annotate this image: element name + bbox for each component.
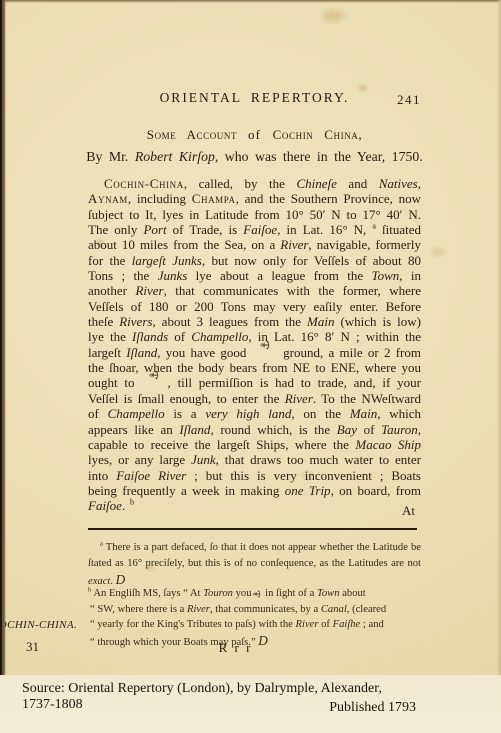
footnote-line: “ SW, where there is a River, that commu… [88,602,433,618]
text-run: Faiſoe [243,222,277,237]
text-run: River [285,391,313,406]
catchword: At [402,503,415,519]
footnote-line: b An Engliſh MS, ſays “ At Touron you ⚓ … [88,586,433,602]
text-run: Rivers [119,314,152,329]
text-run: River [296,619,319,630]
footnote-line: “ yearly for the King's Tributes to paſs… [88,617,433,633]
text-run: of [168,329,191,344]
text-run: , you have good [157,345,251,360]
book-binding-edge [0,0,6,733]
body-paragraph: Cochin-China, called, by the Chineſe and… [88,176,421,514]
text-run: , on board, from [331,483,421,498]
text-run: very high land [205,406,291,421]
text-run: , on the [291,406,349,421]
margin-gathering-number: 31 [26,639,39,655]
footnote-divider-rule [88,528,417,530]
text-run: lye about a league from the [187,268,371,283]
text-run: Town [372,268,400,283]
text-run: Main [307,314,334,329]
text-run: of Trade, is [167,222,244,237]
text-run: There is a part defaced, ſo that it does… [88,542,421,569]
text-run: , (cleared [347,604,386,615]
text-run: , [418,176,421,191]
text-run: about [340,588,366,599]
text-run: Champa [192,191,236,206]
text-run: “ SW, where there is a [90,604,187,615]
text-run: Some Account [147,127,248,142]
text-run: Main [350,406,377,421]
text-run: , including [128,191,192,206]
text-run: you [233,588,254,599]
text-run: Junks [158,268,188,283]
margin-note: COCHIN-CHINA. [0,619,77,631]
text-run: An Engliſh MS, ſays “ At [91,588,203,599]
text-run: of [248,127,273,142]
text-run: “ yearly for the King's Tributes to paſs… [90,619,296,630]
text-run: Bay [337,422,357,437]
text-run: b [130,498,134,507]
text-run: of [318,619,332,630]
page-number: 241 [397,92,421,108]
running-header-title: ORIENTAL REPERTORY. [88,90,421,106]
text-run: , about 3 leagues from the [152,314,307,329]
article-heading-line-2: By Mr. Robert Kirſop, who was there in t… [76,149,433,165]
text-run: largeſt Junks [132,253,202,268]
text-run: Robert Kirſop [135,149,215,164]
page-top-edge [0,0,501,3]
text-run: Champello [108,406,165,421]
text-run: one Trip [285,483,331,498]
text-run: Touron [203,588,233,599]
text-run: Iſlands [132,329,168,344]
printer-signature: R r r [88,640,383,656]
text-run: River [135,283,163,298]
text-run: , called, by the [184,176,297,191]
text-run: , who was there in the Year, 1750. [215,149,423,164]
text-run: Cochin-China [104,176,184,191]
scanned-page: ORIENTAL REPERTORY. 241 Some Account of … [0,0,501,733]
text-run: and [337,176,379,191]
text-run: lyes, or any large [88,452,191,467]
text-run: Faiſoe River [116,468,186,483]
text-run: exact [88,576,110,587]
text-run: Faiſoe [88,498,122,513]
text-run: Canal [321,604,347,615]
text-run: Cochin China, [273,127,363,142]
text-run: Iſland [179,422,210,437]
text-run: Junk [191,452,216,467]
text-run: Port [143,222,166,237]
text-run: of [357,422,381,437]
text-run: Macao Ship [355,437,421,452]
text-run: River [280,237,308,252]
source-caption: Source: Oriental Repertory (London), by … [0,675,501,733]
text-run: River [187,604,210,615]
text-run: Chineſe [296,176,336,191]
text-run: Aynam [88,191,128,206]
text-run: Iſland [126,345,157,360]
text-run: . [122,498,130,513]
editor-mark: D [116,572,125,587]
text-run: Tauron [381,422,418,437]
footnote-a: a There is a part defaced, ſo that it do… [88,540,421,589]
text-run: ; and [360,619,384,630]
caption-published-line: Published 1793 [22,700,416,716]
text-run: is a [165,406,206,421]
text-run: By Mr. [86,149,135,164]
text-run: Natives [379,176,418,191]
text-run: , in Lat. 16° N, [277,222,372,237]
article-heading-line-1: Some Account of Cochin China, [88,127,421,143]
text-run: in ſight of a [263,588,317,599]
page-right-edge [497,0,501,733]
text-run: , that communicates, by a [210,604,321,615]
text-run: Town [317,588,340,599]
text-run: , round which, is the [210,422,336,437]
text-run: Faiſhe [333,619,361,630]
text-run: Champello [191,329,248,344]
